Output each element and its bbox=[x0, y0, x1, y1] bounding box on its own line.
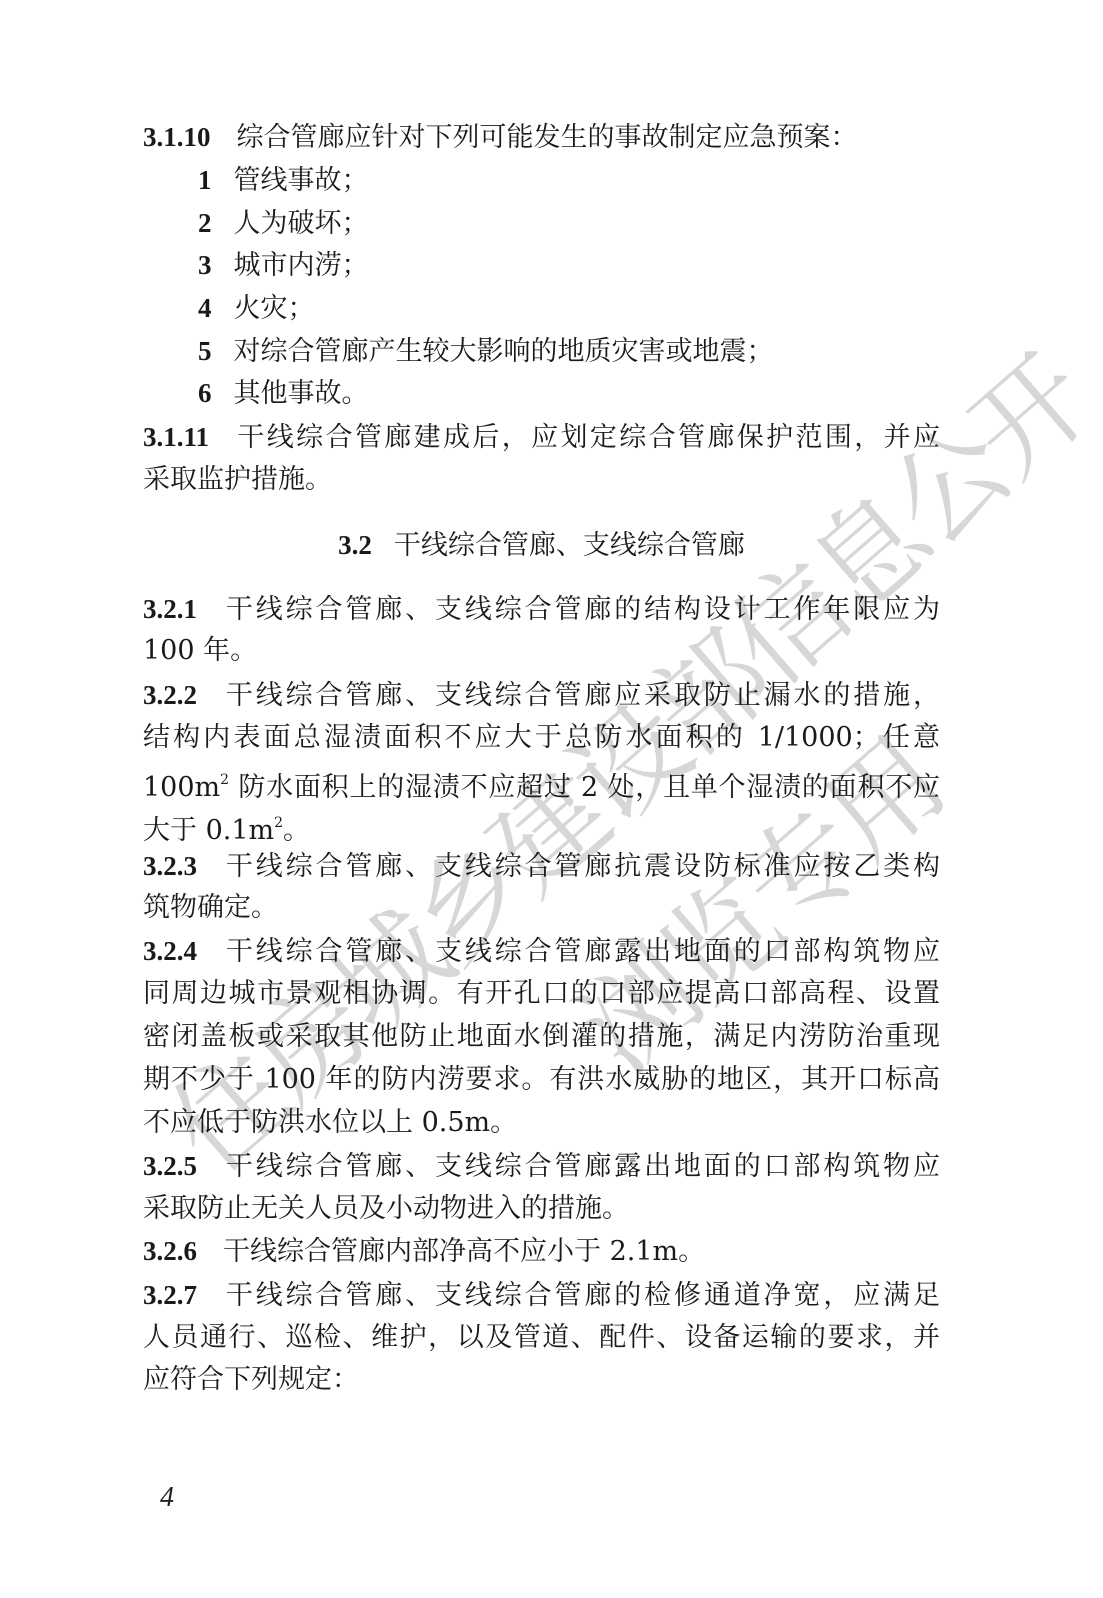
clause-continuation: 筑物确定。 bbox=[143, 888, 940, 928]
clause-3-2-4: 3.2.4干线综合管廊、支线综合管廊露出地面的口部构筑物应 bbox=[143, 931, 940, 971]
clause-text: 干线综合管廊、支线综合管廊应采取防止漏水的措施， bbox=[223, 680, 940, 711]
clause-continuation: 大于 0.1m2。 bbox=[143, 803, 940, 843]
section-title: 干线综合管廊、支线综合管廊 bbox=[394, 530, 745, 561]
clause-continuation: 密闭盖板或采取其他防止地面水倒灌的措施，满足内涝防治重现 bbox=[143, 1017, 940, 1057]
clause-text: 干线综合管廊、支线综合管廊抗震设防标准应按乙类构 bbox=[223, 851, 940, 882]
clause-3-2-1: 3.2.1干线综合管廊、支线综合管廊的结构设计工作年限应为 bbox=[143, 589, 940, 629]
clause-3-2-7: 3.2.7干线综合管廊、支线综合管廊的检修通道净宽，应满足 bbox=[143, 1275, 940, 1315]
item-number: 5 bbox=[198, 336, 212, 366]
clause-text: 大于 0.1m bbox=[143, 815, 274, 846]
list-item: 1管线事故； bbox=[198, 160, 940, 200]
clause-number: 3.1.11 bbox=[143, 422, 209, 452]
clause-continuation: 100 年。 bbox=[143, 631, 940, 671]
list-item: 6其他事故。 bbox=[198, 373, 940, 413]
clause-text: 干线综合管廊内部净高不应小于 2.1m。 bbox=[223, 1236, 705, 1267]
item-text: 城市内涝； bbox=[234, 250, 369, 281]
clause-continuation: 采取防止无关人员及小动物进入的措施。 bbox=[143, 1189, 940, 1229]
clause-3-2-3: 3.2.3干线综合管廊、支线综合管廊抗震设防标准应按乙类构 bbox=[143, 846, 940, 886]
clause-continuation: 不应低于防洪水位以上 0.5m。 bbox=[143, 1103, 940, 1143]
item-number: 6 bbox=[198, 378, 212, 408]
list-item: 2人为破坏； bbox=[198, 203, 940, 243]
superscript: 2 bbox=[220, 772, 229, 788]
list-item: 5对综合管廊产生较大影响的地质灾害或地震； bbox=[198, 331, 940, 371]
area-value: 100m bbox=[143, 772, 220, 803]
clause-number: 3.2.3 bbox=[143, 851, 197, 881]
clause-number: 3.2.1 bbox=[143, 594, 197, 624]
clause-continuation: 结构内表面总湿渍面积不应大于总防水面积的 1/1000；任意 bbox=[143, 718, 940, 758]
clause-number: 3.2.4 bbox=[143, 936, 197, 966]
item-number: 4 bbox=[198, 293, 212, 323]
item-number: 3 bbox=[198, 250, 212, 280]
clause-continuation: 同周边城市景观相协调。有开孔口的口部应提高口部高程、设置 bbox=[143, 974, 940, 1014]
item-text: 对综合管廊产生较大影响的地质灾害或地震； bbox=[234, 336, 774, 367]
clause-continuation: 采取监护措施。 bbox=[143, 460, 940, 500]
clause-number: 3.2.5 bbox=[143, 1151, 197, 1181]
clause-text: 干线综合管廊、支线综合管廊露出地面的口部构筑物应 bbox=[223, 936, 940, 967]
page-number: 4 bbox=[160, 1482, 174, 1514]
clause-text: 干线综合管廊、支线综合管廊的检修通道净宽，应满足 bbox=[223, 1280, 940, 1311]
clause-text: 干线综合管廊、支线综合管廊露出地面的口部构筑物应 bbox=[223, 1151, 940, 1182]
item-text: 其他事故。 bbox=[234, 378, 369, 409]
clause-continuation: 期不少于 100 年的防内涝要求。有洪水威胁的地区，其开口标高 bbox=[143, 1060, 940, 1100]
item-number: 1 bbox=[198, 165, 212, 195]
clause-text: 干线综合管廊建成后，应划定综合管廊保护范围，并应 bbox=[235, 422, 940, 453]
clause-continuation: 人员通行、巡检、维护，以及管道、配件、设备运输的要求，并 bbox=[143, 1318, 940, 1358]
section-number: 3.2 bbox=[338, 530, 372, 560]
clause-3-2-2: 3.2.2干线综合管廊、支线综合管廊应采取防止漏水的措施， bbox=[143, 675, 940, 715]
list-item: 3城市内涝； bbox=[198, 245, 940, 285]
item-number: 2 bbox=[198, 208, 212, 238]
list-item: 4火灾； bbox=[198, 288, 940, 328]
document-page: 住房城乡建设部信息公开 浏览专用 3.1.10综合管廊应针对下列可能发生的事故制… bbox=[0, 0, 1103, 1598]
clause-text: 。 bbox=[283, 815, 310, 846]
clause-3-1-11: 3.1.11干线综合管廊建成后，应划定综合管廊保护范围，并应 bbox=[143, 417, 940, 457]
clause-text: 干线综合管廊、支线综合管廊的结构设计工作年限应为 bbox=[223, 594, 940, 625]
clause-number: 3.2.6 bbox=[143, 1236, 197, 1266]
item-text: 人为破坏； bbox=[234, 208, 369, 239]
section-heading: 3.2干线综合管廊、支线综合管廊 bbox=[143, 525, 940, 565]
clause-continuation: 100m2 防水面积上的湿渍不应超过 2 处，且单个湿渍的面积不应 bbox=[143, 760, 940, 800]
clause-3-2-6: 3.2.6干线综合管廊内部净高不应小于 2.1m。 bbox=[143, 1231, 940, 1271]
clause-text: 防水面积上的湿渍不应超过 2 处，且单个湿渍的面积不应 bbox=[229, 772, 940, 803]
superscript: 2 bbox=[274, 815, 283, 831]
clause-continuation: 应符合下列规定： bbox=[143, 1360, 940, 1400]
item-text: 管线事故； bbox=[234, 165, 369, 196]
clause-3-2-5: 3.2.5干线综合管廊、支线综合管廊露出地面的口部构筑物应 bbox=[143, 1146, 940, 1186]
clause-number: 3.2.2 bbox=[143, 680, 197, 710]
clause-3-1-10: 3.1.10综合管廊应针对下列可能发生的事故制定应急预案： bbox=[143, 117, 940, 157]
clause-text: 综合管廊应针对下列可能发生的事故制定应急预案： bbox=[237, 122, 858, 153]
clause-number: 3.1.10 bbox=[143, 122, 211, 152]
clause-number: 3.2.7 bbox=[143, 1280, 197, 1310]
item-text: 火灾； bbox=[234, 293, 315, 324]
